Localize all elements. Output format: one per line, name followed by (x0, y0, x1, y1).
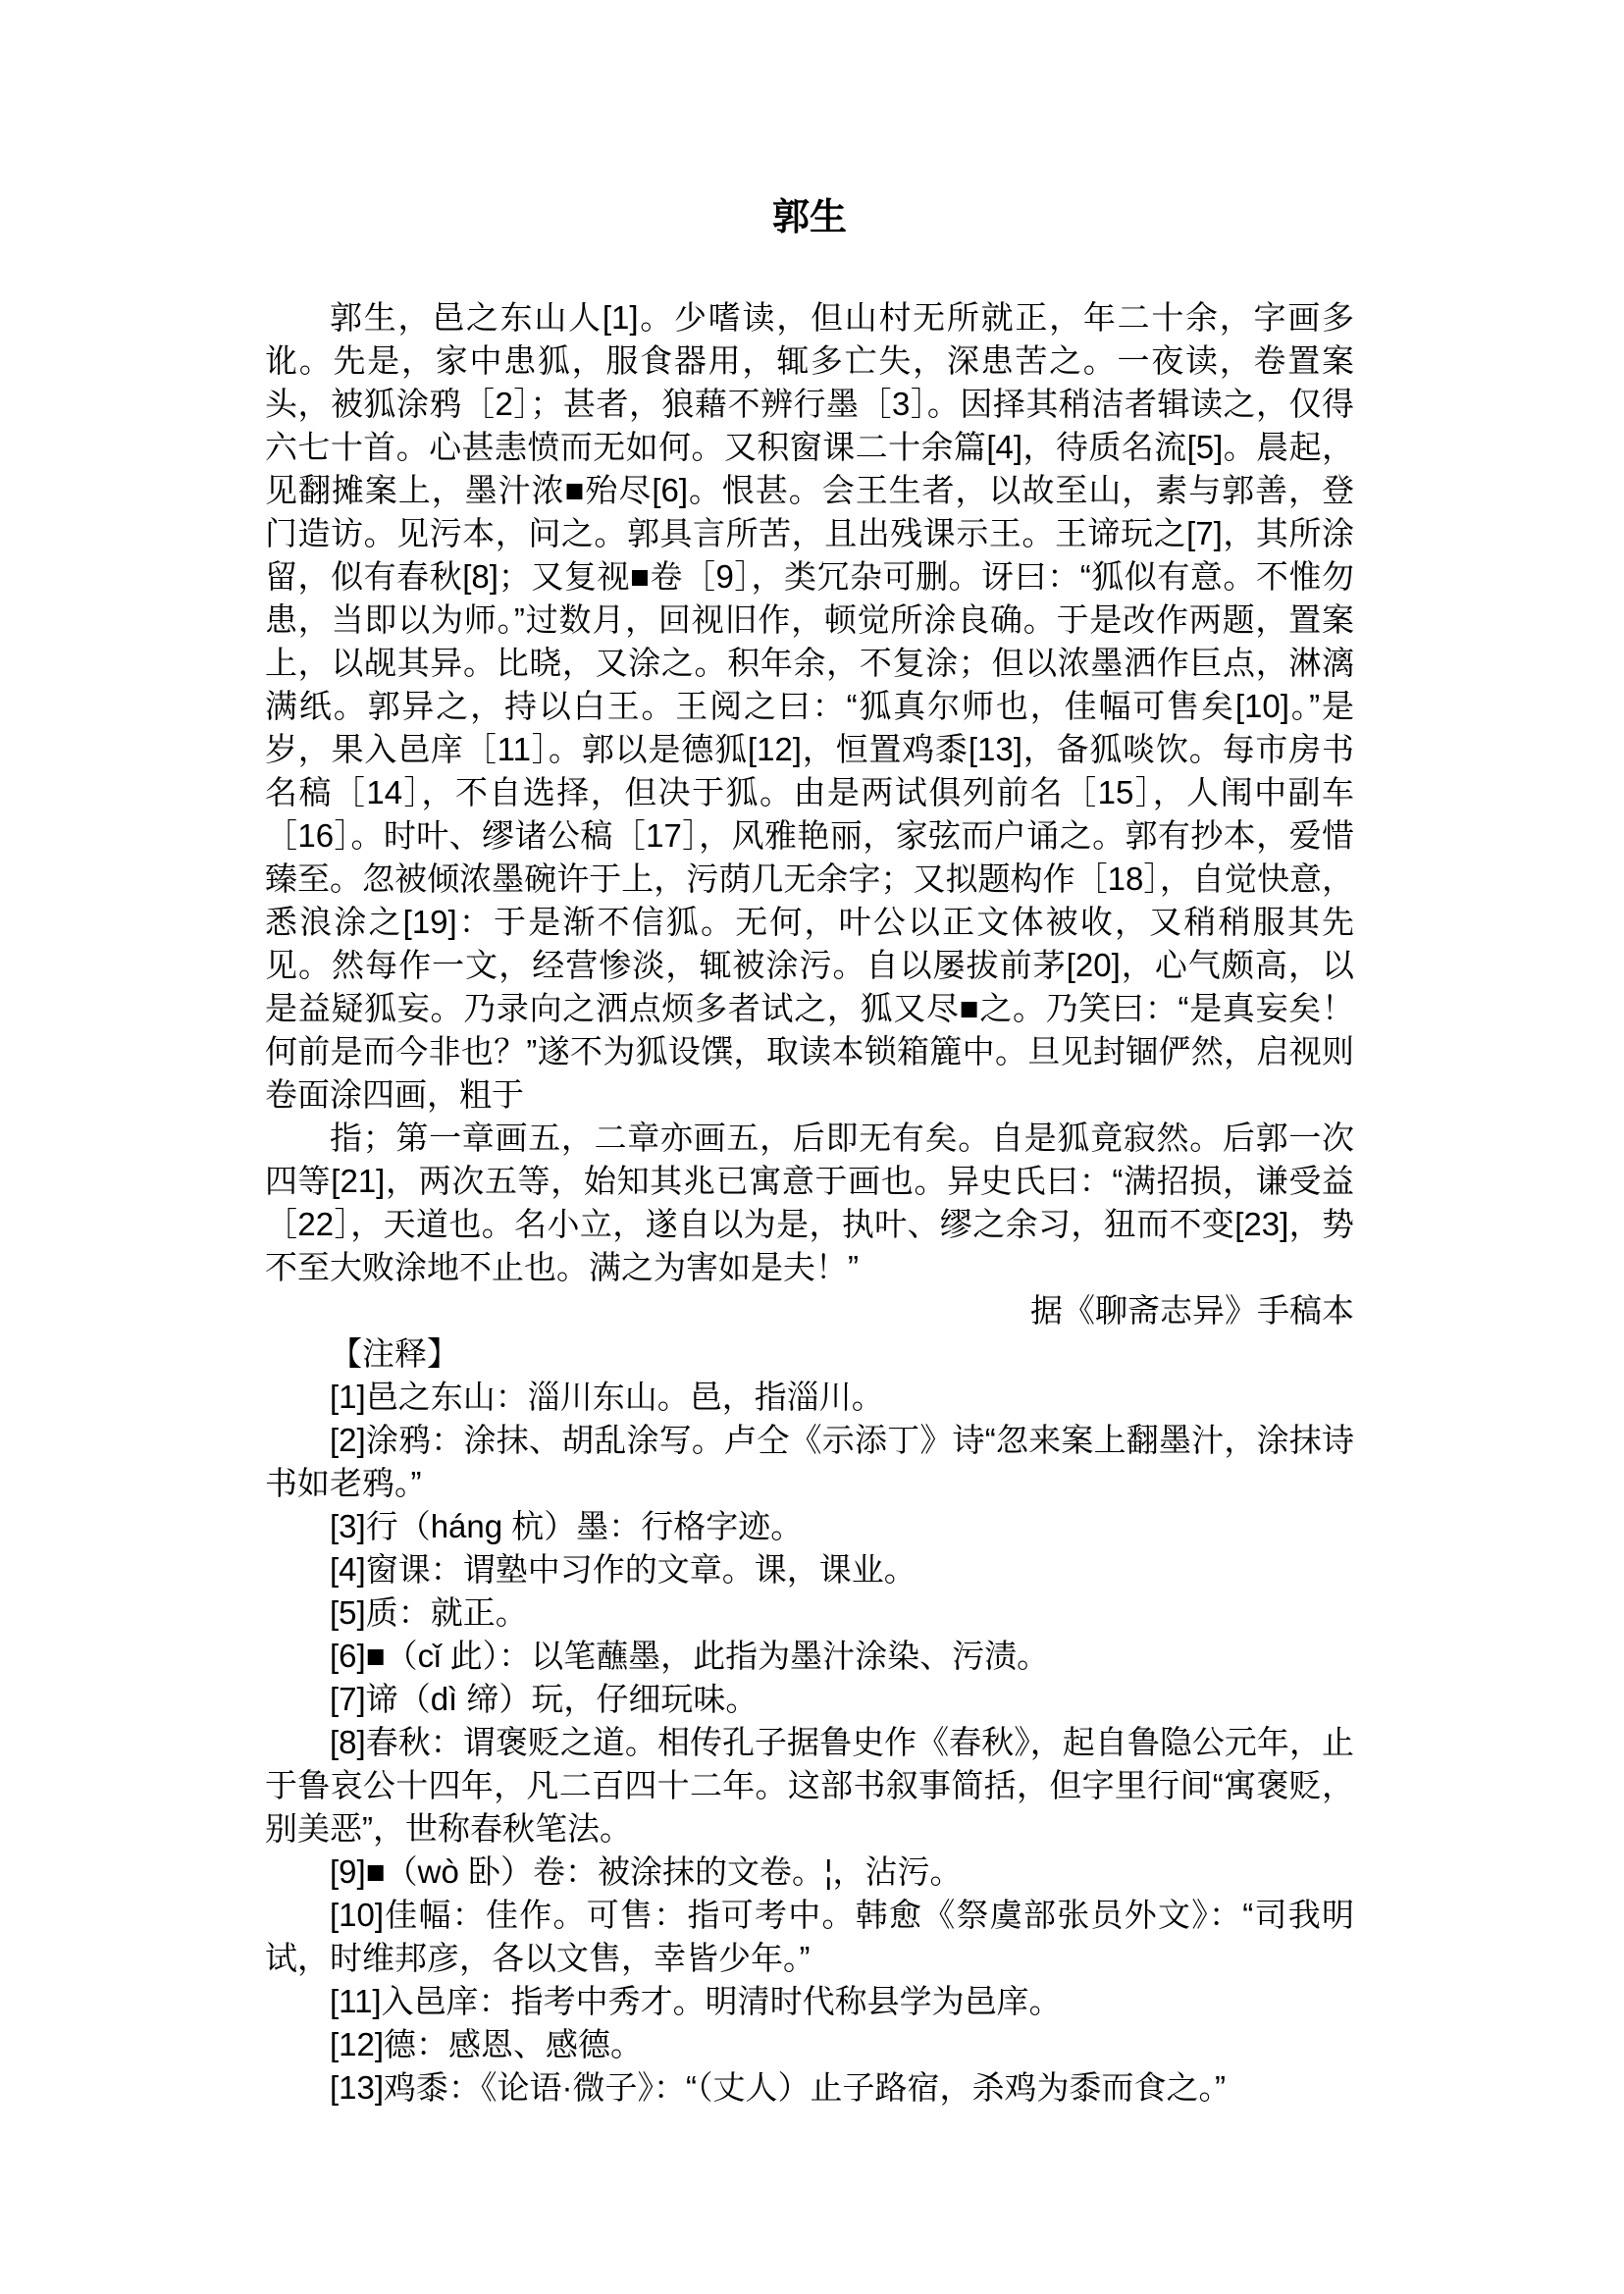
note-item-5: [5]质：就正。 (265, 1591, 1354, 1635)
note-item-13: [13]鸡黍：《论语·微子》：“（丈人）止子路宿，杀鸡为黍而食之。” (265, 2066, 1354, 2110)
note-item-10: [10]佳幅：佳作。可售：指可考中。韩愈《祭虞部张员外文》：“司我明试，时维邦彦… (265, 1894, 1354, 1980)
note-item-1: [1]邑之东山：淄川东山。邑，指淄川。 (265, 1376, 1354, 1419)
note-item-9: [9]■（wò 卧）卷：被涂抹的文卷。¦，沾污。 (265, 1851, 1354, 1894)
notes-section: 【注释】 [1]邑之东山：淄川东山。邑，指淄川。 [2]涂鸦：涂抹、胡乱涂写。卢… (265, 1332, 1354, 2110)
story-paragraph-2: 指；第一章画五，二章亦画五，后即无有矣。自是狐竟寂然。后郭一次四等[21]，两次… (265, 1117, 1354, 1289)
note-item-8: [8]春秋：谓褒贬之道。相传孔子据鲁史作《春秋》，起自鲁隐公元年，止于鲁哀公十四… (265, 1721, 1354, 1851)
source-attribution: 据《聊斋志异》手稿本 (265, 1289, 1354, 1332)
note-item-12: [12]德：感恩、感德。 (265, 2023, 1354, 2066)
note-item-11: [11]入邑庠：指考中秀才。明清时代称县学为邑庠。 (265, 1980, 1354, 2023)
note-item-4: [4]窗课：谓塾中习作的文章。课，课业。 (265, 1548, 1354, 1591)
story-title: 郭生 (265, 196, 1354, 239)
document-page: 郭生 郭生，邑之东山人[1]。少嗜读，但山村无所就正，年二十余，字画多讹。先是，… (0, 0, 1624, 2294)
note-item-7: [7]谛（dì 缔）玩，仔细玩味。 (265, 1678, 1354, 1721)
note-item-6: [6]■（cǐ 此）：以笔蘸墨，此指为墨汁涂染、污渍。 (265, 1635, 1354, 1678)
note-item-2: [2]涂鸦：涂抹、胡乱涂写。卢仝《示添丁》诗“忽来案上翻墨汁，涂抹诗书如老鸦。” (265, 1419, 1354, 1505)
note-item-3: [3]行（háng 杭）墨：行格字迹。 (265, 1505, 1354, 1548)
story-paragraph-1: 郭生，邑之东山人[1]。少嗜读，但山村无所就正，年二十余，字画多讹。先是，家中患… (265, 296, 1354, 1117)
notes-header: 【注释】 (265, 1332, 1354, 1376)
text-column: 郭生 郭生，邑之东山人[1]。少嗜读，但山村无所就正，年二十余，字画多讹。先是，… (265, 0, 1354, 2110)
